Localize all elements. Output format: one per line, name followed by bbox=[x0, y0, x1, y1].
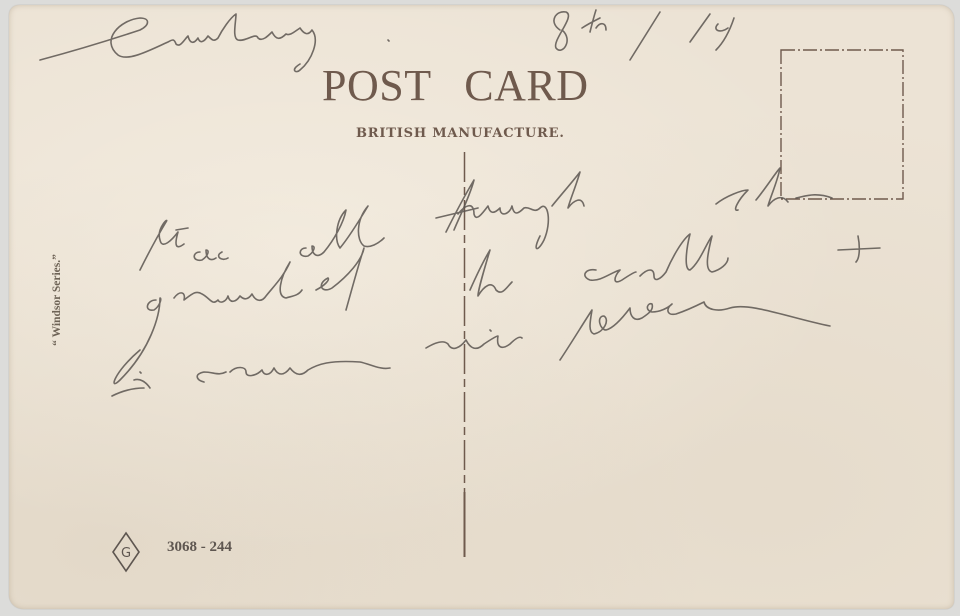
message-line-2: grounds of the castle + bbox=[140, 280, 152, 281]
stamp-box bbox=[780, 49, 904, 200]
handwritten-date: 8th/14 bbox=[550, 15, 553, 16]
series-label: “ Windsor Series.” bbox=[51, 254, 63, 346]
message-line-1: Was all through the bbox=[140, 220, 150, 221]
message-line-3: is some nice place bbox=[112, 350, 121, 351]
center-divider-line bbox=[463, 152, 466, 557]
publisher-logo-letter: G bbox=[121, 546, 131, 561]
catalog-number: 3068 - 244 bbox=[167, 539, 232, 556]
handwritten-place: Sunbury. bbox=[40, 20, 45, 21]
publisher-diamond-logo-icon: G bbox=[111, 531, 141, 573]
postcard-title: POST CARD bbox=[322, 60, 589, 111]
manufacture-label: BRITISH MANUFACTURE. bbox=[356, 126, 565, 141]
